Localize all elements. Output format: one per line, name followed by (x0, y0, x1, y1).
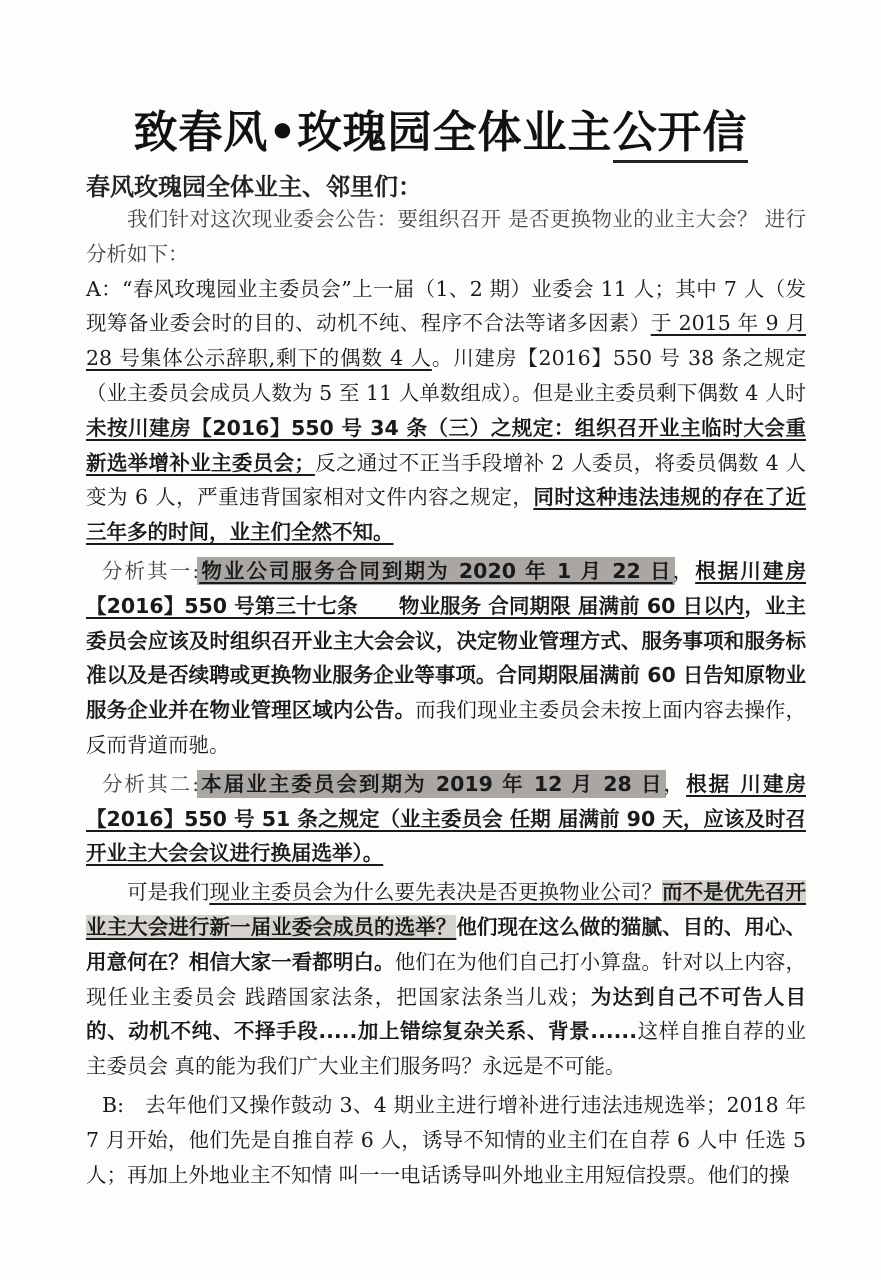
question-paragraph: 可是我们现业主委员会为什么要先表决是否更换物业公司？而不是优先召开业主大会进行新… (86, 875, 806, 1084)
analysis-one-paragraph: 分析其一:物业公司服务合同到期为 2020 年 1 月 22 日，根据川建房【2… (86, 554, 806, 763)
section-a-paragraph: A：“春风玫瑰园业主委员会”上一届（1、2 期）业委会 11 人；其中 7 人（… (86, 272, 806, 550)
analysis-two-sep: ， (664, 772, 687, 796)
question-underlined: 现业主委员会为什么要先表决是否更换物业公司？ (209, 880, 662, 904)
analysis-two-label: 分析其二: (102, 772, 199, 796)
analysis-one-highlight: 物业公司服务合同到期为 2020 年 1 月 22 日 (199, 559, 672, 583)
question-lead: 可是我们 (127, 880, 209, 904)
intro-paragraph: 我们针对这次现业委会公告：要组织召开 是否更换物业的业主大会？ 进行分析如下： (86, 202, 806, 272)
analysis-two-highlight: 本届业主委员会到期为 2019 年 12 月 28 日 (199, 772, 663, 796)
title-main: 致春风•玫瑰园全体业主 (133, 107, 612, 158)
salutation: 春风玫瑰园全体业主、邻里们： (86, 167, 422, 202)
letter-body: 我们针对这次现业委会公告：要组织召开 是否更换物业的业主大会？ 进行分析如下： … (86, 202, 806, 1192)
analysis-one-label: 分析其一: (102, 559, 199, 583)
letter-page: 致春风•玫瑰园全体业主公开信 春风玫瑰园全体业主、邻里们： 我们针对这次现业委会… (0, 0, 881, 1280)
letter-title: 致春风•玫瑰园全体业主公开信 (0, 96, 881, 160)
section-b-paragraph: B: 去年他们又操作鼓动 3、4 期业主进行增补进行违法违规选举；2018 年 … (86, 1088, 806, 1192)
analysis-one-sep: ， (673, 559, 696, 583)
title-underlined: 公开信 (613, 107, 748, 163)
analysis-two-paragraph: 分析其二:本届业主委员会到期为 2019 年 12 月 28 日，根据 川建房【… (86, 767, 806, 871)
